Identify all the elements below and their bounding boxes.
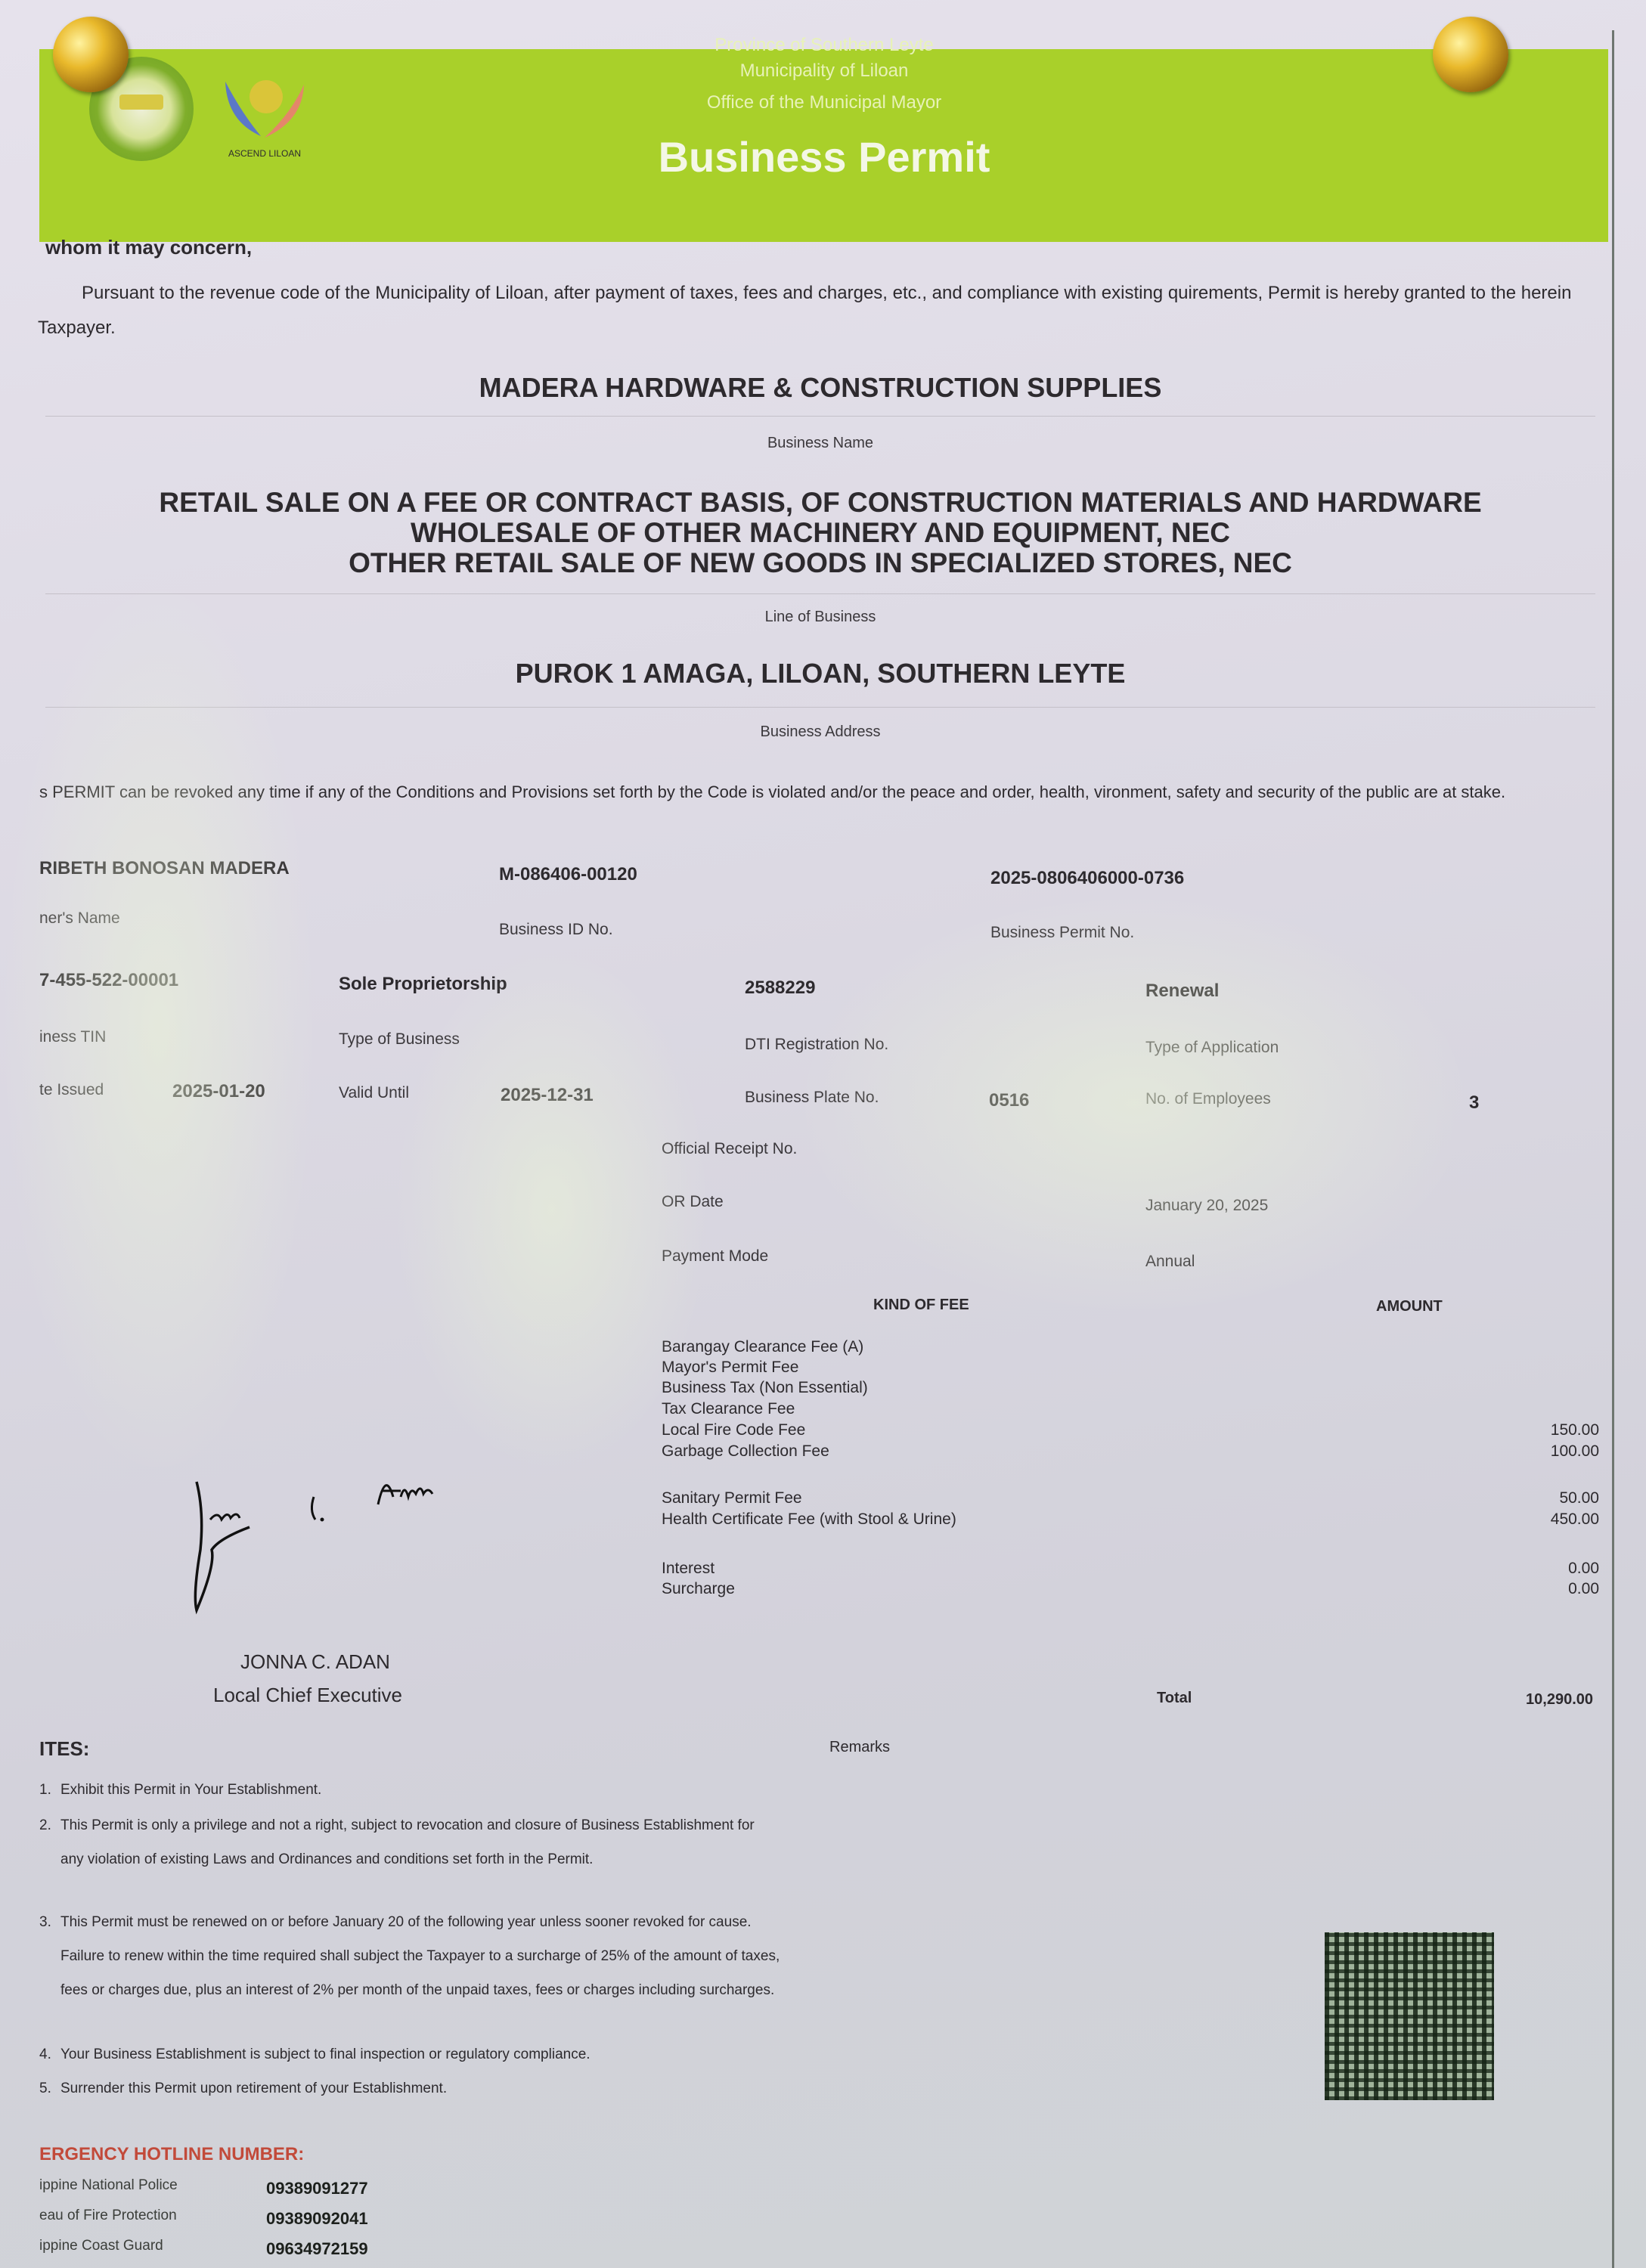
tin-value: 7-455-522-00001 <box>39 970 178 991</box>
date-issued-label: te Issued <box>39 1081 104 1099</box>
note-item: 3.This Permit must be renewed on or befo… <box>39 1905 780 2007</box>
fee-name: Local Fire Code Fee <box>662 1421 805 1439</box>
business-name: MADERA HARDWARE & CONSTRUCTION SUPPLIES <box>45 372 1595 404</box>
business-permit-no-value: 2025-0806406000-0736 <box>990 868 1184 889</box>
type-of-business-label: Type of Business <box>339 1030 460 1049</box>
fee-name: Health Certificate Fee (with Stool & Uri… <box>662 1510 956 1529</box>
payment-mode-value: Annual <box>1145 1253 1195 1271</box>
remarks-label: Remarks <box>829 1739 890 1756</box>
total-amount: 10,290.00 <box>1526 1691 1593 1709</box>
fee-name: Sanitary Permit Fee <box>662 1489 802 1507</box>
kind-of-fee-header: KIND OF FEE <box>873 1297 969 1314</box>
salutation: whom it may concern, <box>45 236 252 259</box>
hotline-number[interactable]: 09389091277 <box>266 2179 368 2198</box>
fee-row: Tax Clearance Fee <box>662 1400 1599 1423</box>
office-line: Office of the Municipal Mayor <box>567 94 1081 112</box>
employees-label: No. of Employees <box>1145 1090 1271 1108</box>
fee-name: Business Tax (Non Essential) <box>662 1379 868 1397</box>
type-of-application-label: Type of Application <box>1145 1039 1279 1057</box>
fee-name: Garbage Collection Fee <box>662 1442 829 1461</box>
qr-code <box>1325 1932 1494 2100</box>
fee-amount: 50.00 <box>1559 1489 1599 1507</box>
payment-mode-label: Payment Mode <box>662 1247 768 1266</box>
hotline-number[interactable]: 09634972159 <box>266 2239 368 2259</box>
note-number: 2. <box>39 1808 51 1842</box>
type-of-application-value: Renewal <box>1145 981 1219 1002</box>
amount-header: AMOUNT <box>1376 1298 1443 1315</box>
line-of-business-caption: Line of Business <box>45 609 1595 626</box>
business-permit-no-label: Business Permit No. <box>990 924 1134 942</box>
fee-row: Sanitary Permit Fee50.00 <box>662 1489 1599 1512</box>
fee-amount: 150.00 <box>1551 1421 1599 1439</box>
divider <box>45 707 1595 708</box>
fee-name: Surcharge <box>662 1580 735 1598</box>
hotline-title: ERGENCY HOTLINE NUMBER: <box>39 2144 304 2165</box>
fee-row: Interest0.00 <box>662 1560 1599 1582</box>
hotline-label: eau of Fire Protection <box>39 2208 177 2224</box>
divider <box>45 416 1595 417</box>
line-of-business: RETAIL SALE ON A FEE OR CONTRACT BASIS, … <box>45 488 1595 578</box>
fee-row: Barangay Clearance Fee (A) <box>662 1338 1599 1361</box>
note-item: 5.Surrender this Permit upon retirement … <box>39 2071 780 2105</box>
logo-caption: ASCEND LILOAN <box>204 148 325 159</box>
fee-row: Garbage Collection Fee100.00 <box>662 1442 1599 1465</box>
fee-name: Mayor's Permit Fee <box>662 1359 798 1377</box>
line-of-business-2: WHOLESALE OF OTHER MACHINERY AND EQUIPME… <box>45 518 1595 548</box>
line-of-business-1: RETAIL SALE ON A FEE OR CONTRACT BASIS, … <box>45 488 1595 518</box>
dti-registration-label: DTI Registration No. <box>745 1036 888 1054</box>
province-line: Province of Southern Leyte <box>567 36 1081 54</box>
fee-row: Mayor's Permit Fee <box>662 1359 1599 1381</box>
business-plate-value: 0516 <box>989 1090 1029 1111</box>
date-issued-value: 2025-01-20 <box>172 1081 265 1102</box>
note-text: This Permit is only a privilege and not … <box>39 1808 780 1876</box>
fee-name: Tax Clearance Fee <box>662 1400 795 1418</box>
note-text: Your Business Establishment is subject t… <box>39 2037 780 2071</box>
note-number: 5. <box>39 2071 51 2105</box>
business-address-caption: Business Address <box>45 723 1595 741</box>
business-plate-label: Business Plate No. <box>745 1089 879 1107</box>
divider <box>45 593 1595 594</box>
paper-edge <box>1612 30 1614 2268</box>
business-name-caption: Business Name <box>45 435 1595 452</box>
owner-name-label: ner's Name <box>39 909 120 928</box>
fee-row: Business Tax (Non Essential) <box>662 1379 1599 1402</box>
note-number: 1. <box>39 1773 51 1807</box>
valid-until-value: 2025-12-31 <box>501 1085 594 1106</box>
business-id-value: M-086406-00120 <box>499 864 637 885</box>
type-of-business-value: Sole Proprietorship <box>339 974 507 995</box>
fee-row: Health Certificate Fee (with Stool & Uri… <box>662 1510 1599 1533</box>
signature <box>174 1467 491 1641</box>
push-pin-icon <box>1433 17 1508 92</box>
signatory-name: JONNA C. ADAN <box>240 1650 390 1674</box>
hotline-label: ippine Coast Guard <box>39 2238 163 2254</box>
owner-name-value: RIBETH BONOSAN MADERA <box>39 858 290 879</box>
note-item: 2.This Permit is only a privilege and no… <box>39 1808 780 1876</box>
fee-name: Barangay Clearance Fee (A) <box>662 1338 863 1356</box>
or-date-label: OR Date <box>662 1193 724 1211</box>
dti-registration-value: 2588229 <box>745 978 815 999</box>
employees-value: 3 <box>1469 1092 1479 1114</box>
line-of-business-3: OTHER RETAIL SALE OF NEW GOODS IN SPECIA… <box>45 548 1595 578</box>
total-label: Total <box>1157 1690 1192 1707</box>
fee-amount: 100.00 <box>1551 1442 1599 1461</box>
hotline-number[interactable]: 09389092041 <box>266 2209 368 2229</box>
fee-row: Surcharge0.00 <box>662 1580 1599 1603</box>
or-date-value: January 20, 2025 <box>1145 1197 1268 1215</box>
fee-row: Local Fire Code Fee150.00 <box>662 1421 1599 1444</box>
official-receipt-label: Official Receipt No. <box>662 1140 797 1158</box>
note-text: Exhibit this Permit in Your Establishmen… <box>39 1773 780 1807</box>
note-number: 3. <box>39 1905 51 1939</box>
municipality-line: Municipality of Liloan <box>567 62 1081 80</box>
business-id-label: Business ID No. <box>499 921 613 939</box>
business-address: PUROK 1 AMAGA, LILOAN, SOUTHERN LEYTE <box>45 658 1595 689</box>
notes-title: ITES: <box>39 1737 89 1761</box>
tin-label: iness TIN <box>39 1028 106 1046</box>
ascend-liloan-logo-icon <box>219 76 310 140</box>
signatory-title: Local Chief Executive <box>213 1684 402 1707</box>
note-item: 4.Your Business Establishment is subject… <box>39 2037 780 2071</box>
note-text: Surrender this Permit upon retirement of… <box>39 2071 780 2105</box>
note-number: 4. <box>39 2037 51 2071</box>
document-title: Business Permit <box>567 132 1081 181</box>
valid-until-label: Valid Until <box>339 1084 409 1102</box>
revocation-clause: s PERMIT can be revoked any time if any … <box>39 775 1551 810</box>
note-item: 1.Exhibit this Permit in Your Establishm… <box>39 1773 780 1807</box>
note-text: This Permit must be renewed on or before… <box>39 1905 780 2007</box>
fee-amount: 0.00 <box>1568 1560 1599 1578</box>
fee-name: Interest <box>662 1560 715 1578</box>
hotline-label: ippine National Police <box>39 2177 178 2194</box>
fee-amount: 450.00 <box>1551 1510 1599 1529</box>
push-pin-icon <box>53 17 129 92</box>
fee-amount: 0.00 <box>1568 1580 1599 1598</box>
intro-paragraph: Pursuant to the revenue code of the Muni… <box>38 276 1573 345</box>
